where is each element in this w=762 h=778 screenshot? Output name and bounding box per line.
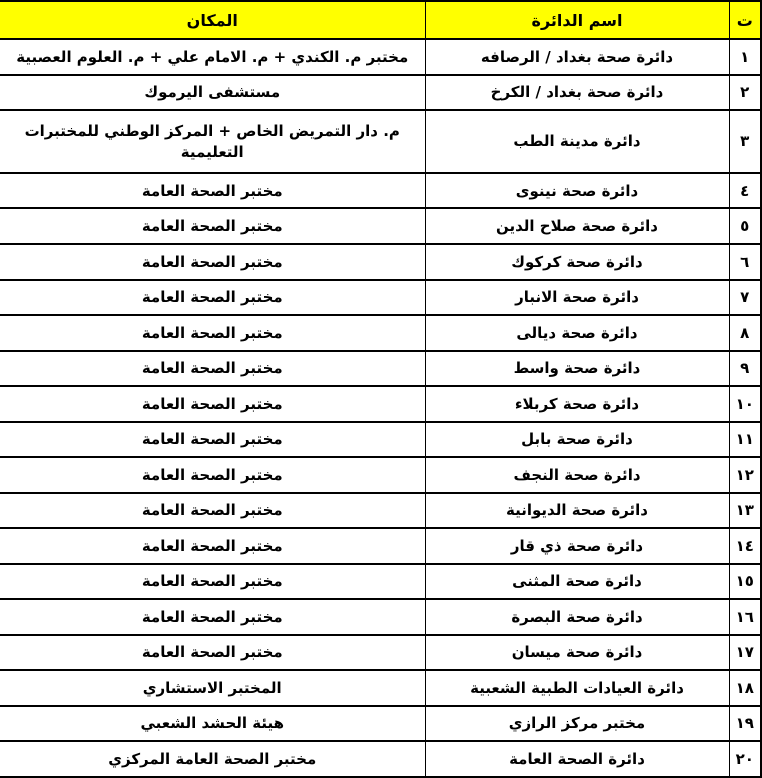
table-row: ٥دائرة صحة صلاح الدينمختبر الصحة العامة [0,208,761,244]
document-page: ت اسم الدائرة المكان ١دائرة صحة بغداد / … [0,0,762,778]
location-cell: مختبر الصحة العامة [0,386,425,422]
location-cell: مختبر الصحة العامة [0,493,425,529]
department-cell: دائرة صحة ذي قار [425,528,729,564]
location-header: المكان [0,1,425,39]
table-row: ١٨دائرة العيادات الطبية الشعبيةالمختبر ا… [0,670,761,706]
location-cell: مختبر الصحة العامة [0,422,425,458]
serial-cell: ٦ [729,244,761,280]
department-cell: دائرة صحة الانبار [425,280,729,316]
serial-header: ت [729,1,761,39]
serial-cell: ٢٠ [729,741,761,777]
serial-cell: ١٩ [729,706,761,742]
department-cell: دائرة صحة ميسان [425,635,729,671]
department-cell: دائرة صحة بغداد / الرصافه [425,39,729,75]
table-row: ٨دائرة صحة ديالىمختبر الصحة العامة [0,315,761,351]
department-cell: دائرة صحة الديوانية [425,493,729,529]
department-cell: دائرة صحة بغداد / الكرخ [425,75,729,111]
serial-cell: ١٥ [729,564,761,600]
serial-cell: ٨ [729,315,761,351]
serial-cell: ١٤ [729,528,761,564]
serial-cell: ٣ [729,110,761,173]
serial-cell: ١٢ [729,457,761,493]
serial-cell: ٩ [729,351,761,387]
table-row: ١١دائرة صحة بابلمختبر الصحة العامة [0,422,761,458]
table-row: ٧دائرة صحة الانبارمختبر الصحة العامة [0,280,761,316]
table-row: ٣دائرة مدينة الطبم. دار التمريض الخاص + … [0,110,761,173]
table-row: ١٩مختبر مركز الرازيهيئة الحشد الشعبي [0,706,761,742]
table-row: ١٧دائرة صحة ميسانمختبر الصحة العامة [0,635,761,671]
department-cell: دائرة صحة البصرة [425,599,729,635]
serial-cell: ١٧ [729,635,761,671]
department-header: اسم الدائرة [425,1,729,39]
location-cell: مختبر الصحة العامة [0,280,425,316]
table-row: ٤دائرة صحة نينوىمختبر الصحة العامة [0,173,761,209]
location-cell: مختبر الصحة العامة [0,599,425,635]
location-cell: مستشفى اليرموك [0,75,425,111]
table-row: ٢٠دائرة الصحة العامةمختبر الصحة العامة ا… [0,741,761,777]
table-row: ١٠دائرة صحة كربلاءمختبر الصحة العامة [0,386,761,422]
department-cell: دائرة صحة نينوى [425,173,729,209]
location-cell: م. دار التمريض الخاص + المركز الوطني للم… [0,110,425,173]
serial-cell: ٤ [729,173,761,209]
department-cell: دائرة صحة كركوك [425,244,729,280]
serial-cell: ٥ [729,208,761,244]
location-cell: مختبر الصحة العامة [0,315,425,351]
department-cell: دائرة صحة صلاح الدين [425,208,729,244]
location-cell: مختبر الصحة العامة المركزي [0,741,425,777]
table-row: ٢دائرة صحة بغداد / الكرخمستشفى اليرموك [0,75,761,111]
table-body: ١دائرة صحة بغداد / الرصافهمختبر م. الكند… [0,39,761,777]
serial-cell: ١٨ [729,670,761,706]
department-cell: دائرة صحة ديالى [425,315,729,351]
serial-cell: ١١ [729,422,761,458]
table-row: ١٣دائرة صحة الديوانيةمختبر الصحة العامة [0,493,761,529]
department-cell: دائرة صحة كربلاء [425,386,729,422]
location-cell: المختبر الاستشاري [0,670,425,706]
location-cell: مختبر الصحة العامة [0,208,425,244]
serial-cell: ١ [729,39,761,75]
serial-cell: ١٠ [729,386,761,422]
table-row: ١٥دائرة صحة المثنىمختبر الصحة العامة [0,564,761,600]
table-row: ١٤دائرة صحة ذي قارمختبر الصحة العامة [0,528,761,564]
department-cell: دائرة صحة واسط [425,351,729,387]
location-cell: مختبر الصحة العامة [0,635,425,671]
table-row: ١٦دائرة صحة البصرةمختبر الصحة العامة [0,599,761,635]
table-row: ١دائرة صحة بغداد / الرصافهمختبر م. الكند… [0,39,761,75]
location-cell: مختبر الصحة العامة [0,457,425,493]
header-row: ت اسم الدائرة المكان [0,1,761,39]
location-cell: مختبر الصحة العامة [0,244,425,280]
directorates-table: ت اسم الدائرة المكان ١دائرة صحة بغداد / … [0,0,762,778]
department-cell: دائرة صحة النجف [425,457,729,493]
location-cell: هيئة الحشد الشعبي [0,706,425,742]
department-cell: دائرة مدينة الطب [425,110,729,173]
location-cell: مختبر الصحة العامة [0,173,425,209]
serial-cell: ٢ [729,75,761,111]
department-cell: مختبر مركز الرازي [425,706,729,742]
department-cell: دائرة صحة بابل [425,422,729,458]
table-row: ٩دائرة صحة واسطمختبر الصحة العامة [0,351,761,387]
location-cell: مختبر م. الكندي + م. الامام علي + م. الع… [0,39,425,75]
location-cell: مختبر الصحة العامة [0,351,425,387]
department-cell: دائرة صحة المثنى [425,564,729,600]
department-cell: دائرة الصحة العامة [425,741,729,777]
table-row: ٦دائرة صحة كركوكمختبر الصحة العامة [0,244,761,280]
location-cell: مختبر الصحة العامة [0,564,425,600]
location-cell: مختبر الصحة العامة [0,528,425,564]
serial-cell: ١٦ [729,599,761,635]
serial-cell: ٧ [729,280,761,316]
table-header: ت اسم الدائرة المكان [0,1,761,39]
department-cell: دائرة العيادات الطبية الشعبية [425,670,729,706]
table-row: ١٢دائرة صحة النجفمختبر الصحة العامة [0,457,761,493]
serial-cell: ١٣ [729,493,761,529]
